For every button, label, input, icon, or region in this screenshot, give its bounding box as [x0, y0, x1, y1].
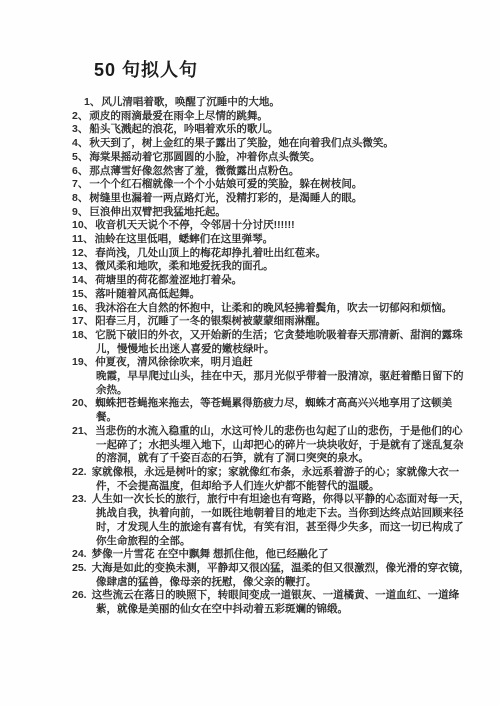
item-number: 22. [72, 466, 87, 478]
item-number: 18、 [72, 329, 94, 341]
item-number: 24. [72, 548, 87, 560]
item-number: 26. [72, 589, 87, 601]
list-item: 16、我沐浴在大自然的怀抱中，让柔和的晚风轻拂着鬓角，吹去一切郁闷和烦恼。 [72, 302, 470, 316]
item-number: 2、 [72, 110, 88, 122]
item-number: 19、 [72, 356, 94, 368]
item-number: 1、 [84, 96, 100, 108]
item-number: 4、 [72, 137, 88, 149]
item-text: 当悲伤的水流入稳重的山，水这可怜儿的悲伤也勾起了山的悲伤，于是他们的心一起碎了；… [95, 425, 463, 464]
item-text: 家就像根，永远是树叶的家；家就像红布条，永远系着游子的心；家就像大衣一件，不会提… [92, 466, 460, 492]
list-item: 20、蜘蛛把苍蝇拖来拖去，等苍蝇累得筋疲力尽，蜘蛛才高高兴兴地享用了这顿美餐。 [72, 397, 470, 424]
list-item: 14、荷塘里的荷花都羞涩地打着朵。 [72, 274, 470, 288]
item-number: 23. [72, 493, 87, 505]
item-number: 10、 [72, 219, 94, 231]
item-text: 巨浪伸出双臂把我猛地托起。 [89, 206, 226, 218]
item-number: 21、 [72, 425, 94, 437]
list-item: 23.人生如一次长长的旅行，旅行中有坦途也有弯路，你得以平静的心态面对每一天，挑… [72, 493, 470, 548]
list-item: 1、风儿清唱着歌，唤醒了沉睡中的大地。 [84, 96, 470, 110]
item-text: 春尚浅，几处山顶上的梅花却挣扎着吐出红苞来。 [95, 247, 326, 259]
list-item: 21、当悲伤的水流入稳重的山，水这可怜儿的悲伤也勾起了山的悲伤，于是他们的心一起… [72, 425, 470, 466]
item-text: 船头飞溅起的浪花，吟唱着欢乐的歌儿。 [89, 123, 278, 135]
item-number: 5、 [72, 151, 88, 163]
item-text: 微风柔和地吹，柔和地爱抚我的面孔。 [95, 260, 274, 272]
list-item: 13、微风柔和地吹，柔和地爱抚我的面孔。 [72, 260, 470, 274]
item-number: 16、 [72, 302, 94, 314]
item-text: 油蛉在这里低唱，蟋蟀们在这里弹琴。 [95, 233, 274, 245]
list-item: 22.家就像根，永远是树叶的家；家就像红布条，永远系着游子的心；家就像大衣一件，… [72, 466, 470, 493]
item-number: 11、 [72, 233, 94, 245]
list-item: 24.梦像一片雪花 在空中飘舞 想抓住他，他已经融化了 [72, 548, 470, 562]
item-number: 6、 [72, 165, 88, 177]
list-item: 12、春尚浅，几处山顶上的梅花却挣扎着吐出红苞来。 [72, 247, 470, 261]
list-item: 5、海棠果摇动着它那圆圆的小脸，冲着你点头微笑。 [72, 151, 470, 165]
list-item: 19、仲夏夜，清风徐徐吹来，明月追赶 晚霞，早早爬过山头，挂在中天，那月光似乎带… [72, 356, 470, 397]
list-item: 6、那点薄雪好像忽然害了羞，微微露出点粉色。 [72, 165, 470, 179]
list-item: 4、秋天到了，树上金红的果子露出了笑脸，她在向着我们点头微笑。 [72, 137, 470, 151]
item-text: 树缝里也漏着一两点路灯光，没精打彩的，是渴睡人的眼。 [89, 192, 362, 204]
item-text: 仲夏夜，清风徐徐吹来，明月追赶 晚霞，早早爬过山头，挂在中天，那月光似乎带着一股… [95, 356, 463, 395]
page-title: 50 句拟人句 [94, 56, 470, 82]
item-text: 蜘蛛把苍蝇拖来拖去，等苍蝇累得筋疲力尽，蜘蛛才高高兴兴地享用了这顿美餐。 [95, 397, 452, 423]
item-text: 我沐浴在大自然的怀抱中，让柔和的晚风轻拂着鬓角，吹去一切郁闷和烦恼。 [95, 302, 452, 314]
item-text: 人生如一次长长的旅行，旅行中有坦途也有弯路，你得以平静的心态面对每一天，挑战自我… [92, 493, 470, 546]
document-page: 50 句拟人句 1、风儿清唱着歌，唤醒了沉睡中的大地。 2、顽皮的雨滴最爱在雨伞… [0, 0, 500, 706]
list-item: 8、树缝里也漏着一两点路灯光，没精打彩的，是渴睡人的眼。 [72, 192, 470, 206]
item-text: 秋天到了，树上金红的果子露出了笑脸，她在向着我们点头微笑。 [89, 137, 394, 149]
item-number: 3、 [72, 123, 88, 135]
item-text: 这些流云在落日的映照下，转眼间变成一道银灰、一道橘黄、一道血红、一道绛紫，就像是… [92, 589, 460, 615]
list-item: 26.这些流云在落日的映照下，转眼间变成一道银灰、一道橘黄、一道血红、一道绛紫，… [72, 589, 470, 616]
sentence-list: 1、风儿清唱着歌，唤醒了沉睡中的大地。 2、顽皮的雨滴最爱在雨伞上尽情的跳舞。 … [72, 96, 470, 617]
list-item: 25.大海是如此的变换未测，平静却又很凶猛，温柔的但又很激烈，像光滑的穿衣镜，像… [72, 562, 470, 589]
item-text: 它脱下破旧的外衣，又开始新的生活；它贪婪地吮吸着春天那清新、甜润的露珠儿，慢慢地… [95, 329, 463, 355]
list-item: 3、船头飞溅起的浪花，吟唱着欢乐的歌儿。 [72, 123, 470, 137]
list-item: 11、油蛉在这里低唱，蟋蟀们在这里弹琴。 [72, 233, 470, 247]
item-text: 顽皮的雨滴最爱在雨伞上尽情的跳舞。 [89, 110, 268, 122]
item-number: 9、 [72, 206, 88, 218]
item-text: 荷塘里的荷花都羞涩地打着朵。 [95, 274, 242, 286]
item-text: 大海是如此的变换未测，平静却又很凶猛，温柔的但又很激烈，像光滑的穿衣镜，像肆虐的… [92, 562, 470, 588]
item-text: 收音机天天说个不停，令邻居十分讨厌!!!!!! [95, 219, 294, 231]
item-text: 梦像一片雪花 在空中飘舞 想抓住他，他已经融化了 [92, 548, 329, 560]
list-item: 10、收音机天天说个不停，令邻居十分讨厌!!!!!! [72, 219, 470, 233]
item-text: 落叶随着风高低起舞。 [95, 288, 200, 300]
item-number: 15、 [72, 288, 94, 300]
list-item: 9、巨浪伸出双臂把我猛地托起。 [72, 206, 470, 220]
item-number: 7、 [72, 178, 88, 190]
item-number: 14、 [72, 274, 94, 286]
item-text: 那点薄雪好像忽然害了羞，微微露出点粉色。 [89, 165, 299, 177]
item-text: 海棠果摇动着它那圆圆的小脸，冲着你点头微笑。 [89, 151, 320, 163]
list-item: 18、它脱下破旧的外衣，又开始新的生活；它贪婪地吮吸着春天那清新、甜润的露珠儿，… [72, 329, 470, 356]
list-item: 15、落叶随着风高低起舞。 [72, 288, 470, 302]
item-text: 一个个红石榴就像一个个小姑娘可爱的笑脸，躲在树枝间。 [89, 178, 362, 190]
list-item: 2、顽皮的雨滴最爱在雨伞上尽情的跳舞。 [72, 110, 470, 124]
list-item: 7、一个个红石榴就像一个个小姑娘可爱的笑脸，躲在树枝间。 [72, 178, 470, 192]
item-number: 8、 [72, 192, 88, 204]
item-number: 12、 [72, 247, 94, 259]
list-item: 17、阳春三月，沉睡了一冬的银梨树被蒙蒙细雨淋醒。 [72, 315, 470, 329]
item-text: 风儿清唱着歌，唤醒了沉睡中的大地。 [101, 96, 280, 108]
item-number: 13、 [72, 260, 94, 272]
item-text: 阳春三月，沉睡了一冬的银梨树被蒙蒙细雨淋醒。 [95, 315, 326, 327]
item-number: 20、 [72, 397, 94, 409]
item-number: 25. [72, 562, 87, 574]
item-number: 17、 [72, 315, 94, 327]
